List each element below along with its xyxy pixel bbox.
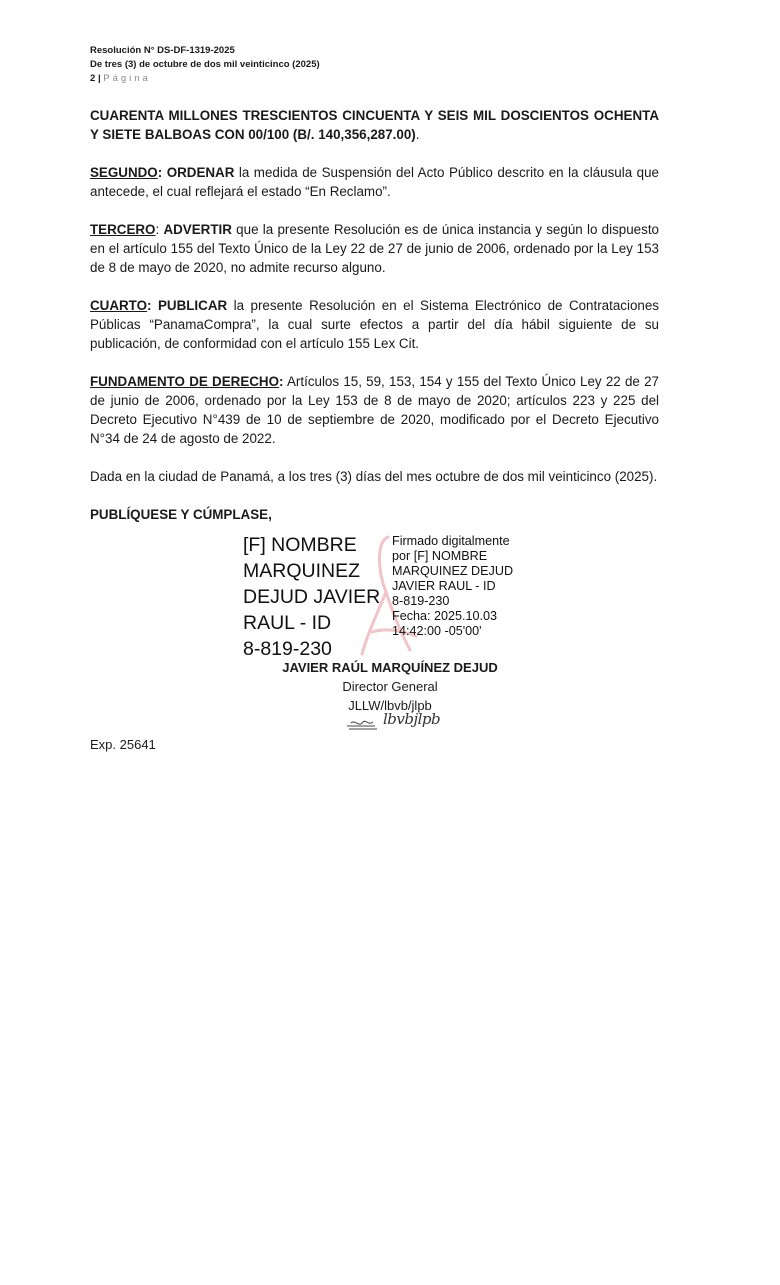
dada-paragraph: Dada en la ciudad de Panamá, a los tres …	[90, 467, 659, 486]
segundo-paragraph: SEGUNDO: ORDENAR la medida de Suspensión…	[90, 163, 659, 201]
signer-title: Director General	[0, 679, 780, 694]
segundo-verb: ORDENAR	[167, 165, 235, 180]
signer-name: JAVIER RAÚL MARQUÍNEZ DEJUD	[0, 660, 780, 675]
segundo-colon: :	[158, 165, 162, 180]
resolution-date: De tres (3) de octubre de dos mil veinti…	[90, 58, 320, 72]
cuarto-verb: PUBLICAR	[152, 298, 228, 313]
document-header: Resolución N° DS-DF-1319-2025 De tres (3…	[90, 44, 320, 86]
fundamento-heading: FUNDAMENTO DE DERECHO	[90, 374, 279, 389]
tercero-paragraph: TERCERO: ADVERTIR que la presente Resolu…	[90, 220, 659, 277]
signer-certificate-name: [F] NOMBRE MARQUINEZ DEJUD JAVIER RAUL -…	[243, 532, 380, 662]
page-separator: |	[98, 73, 101, 84]
digital-signature[interactable]: [F] NOMBRE MARQUINEZ DEJUD JAVIER RAUL -…	[243, 532, 543, 662]
expediente-number: Exp. 25641	[90, 737, 156, 752]
page-number: 2	[90, 73, 95, 84]
cuarto-paragraph: CUARTO: PUBLICAR la presente Resolución …	[90, 296, 659, 353]
document-body: CUARENTA MILLONES TRESCIENTOS CINCUENTA …	[90, 106, 659, 524]
digital-signature-details: Firmado digitalmente por [F] NOMBRE MARQ…	[392, 534, 513, 639]
segundo-heading: SEGUNDO	[90, 165, 158, 180]
amount-paragraph: CUARENTA MILLONES TRESCIENTOS CINCUENTA …	[90, 106, 659, 144]
resolution-number: Resolución N° DS-DF-1319-2025	[90, 44, 320, 58]
tercero-verb: ADVERTIR	[163, 222, 231, 237]
closing-formula: PUBLÍQUESE Y CÚMPLASE,	[90, 505, 659, 524]
fundamento-paragraph: FUNDAMENTO DE DERECHO: Artículos 15, 59,…	[90, 372, 659, 448]
handwritten-initials: lbvbjlpb	[345, 710, 455, 736]
page-indicator: 2 | Página	[90, 72, 320, 86]
handwritten-initials-text: lbvbjlpb	[383, 710, 440, 728]
tercero-heading: TERCERO	[90, 222, 155, 237]
cuarto-heading: CUARTO	[90, 298, 147, 313]
scribble-icon	[345, 714, 381, 734]
amount-end: .	[416, 127, 420, 142]
page-label: Página	[103, 73, 151, 84]
amount-text: CUARENTA MILLONES TRESCIENTOS CINCUENTA …	[90, 108, 659, 142]
